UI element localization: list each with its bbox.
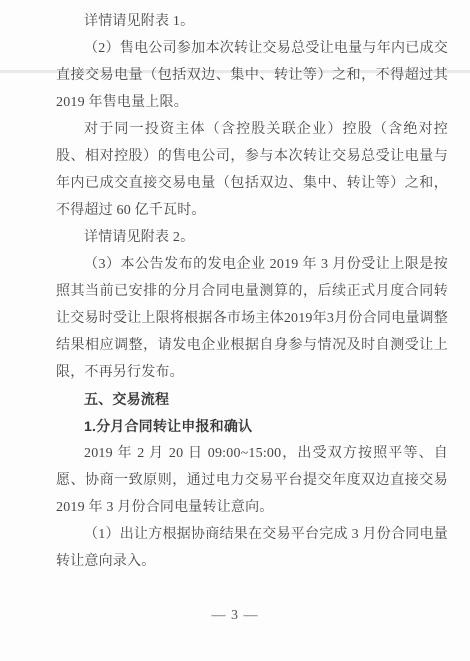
page-number: — 3 — <box>0 606 470 626</box>
paragraph-appendix1-note: 详情请见附表 1。 <box>56 8 448 35</box>
subsection-heading-declaration: 1.分月合同转让申报和确认 <box>56 413 448 440</box>
paragraph-item2-retail-limit: （2）售电公司参加本次转让交易总受让电量与年内已成交直接交易电量（包括双边、集中… <box>56 35 448 116</box>
paragraph-same-investor-limit: 对于同一投资主体（含控股关联企业）控股（含绝对控股、相对控股）的售电公司，参与本… <box>56 116 448 224</box>
paragraph-appendix2-note: 详情请见附表 2。 <box>56 224 448 251</box>
paragraph-item1-transferor-entry: （1）出让方根据协商结果在交易平台完成 3 月份合同电量转让意向录入。 <box>56 521 448 575</box>
document-body: 详情请见附表 1。 （2）售电公司参加本次转让交易总受让电量与年内已成交直接交易… <box>56 8 448 575</box>
section-heading-trade-process: 五、交易流程 <box>56 386 448 413</box>
document-page: 详情请见附表 1。 （2）售电公司参加本次转让交易总受让电量与年内已成交直接交易… <box>0 0 470 661</box>
paragraph-item3-generator-limit: （3）本公告发布的发电企业 2019 年 3 月份受让上限是按照其当前已安排的分… <box>56 251 448 386</box>
paragraph-schedule-intent: 2019 年 2 月 20 日 09:00~15:00，出受双方按照平等、自愿、… <box>56 440 448 521</box>
